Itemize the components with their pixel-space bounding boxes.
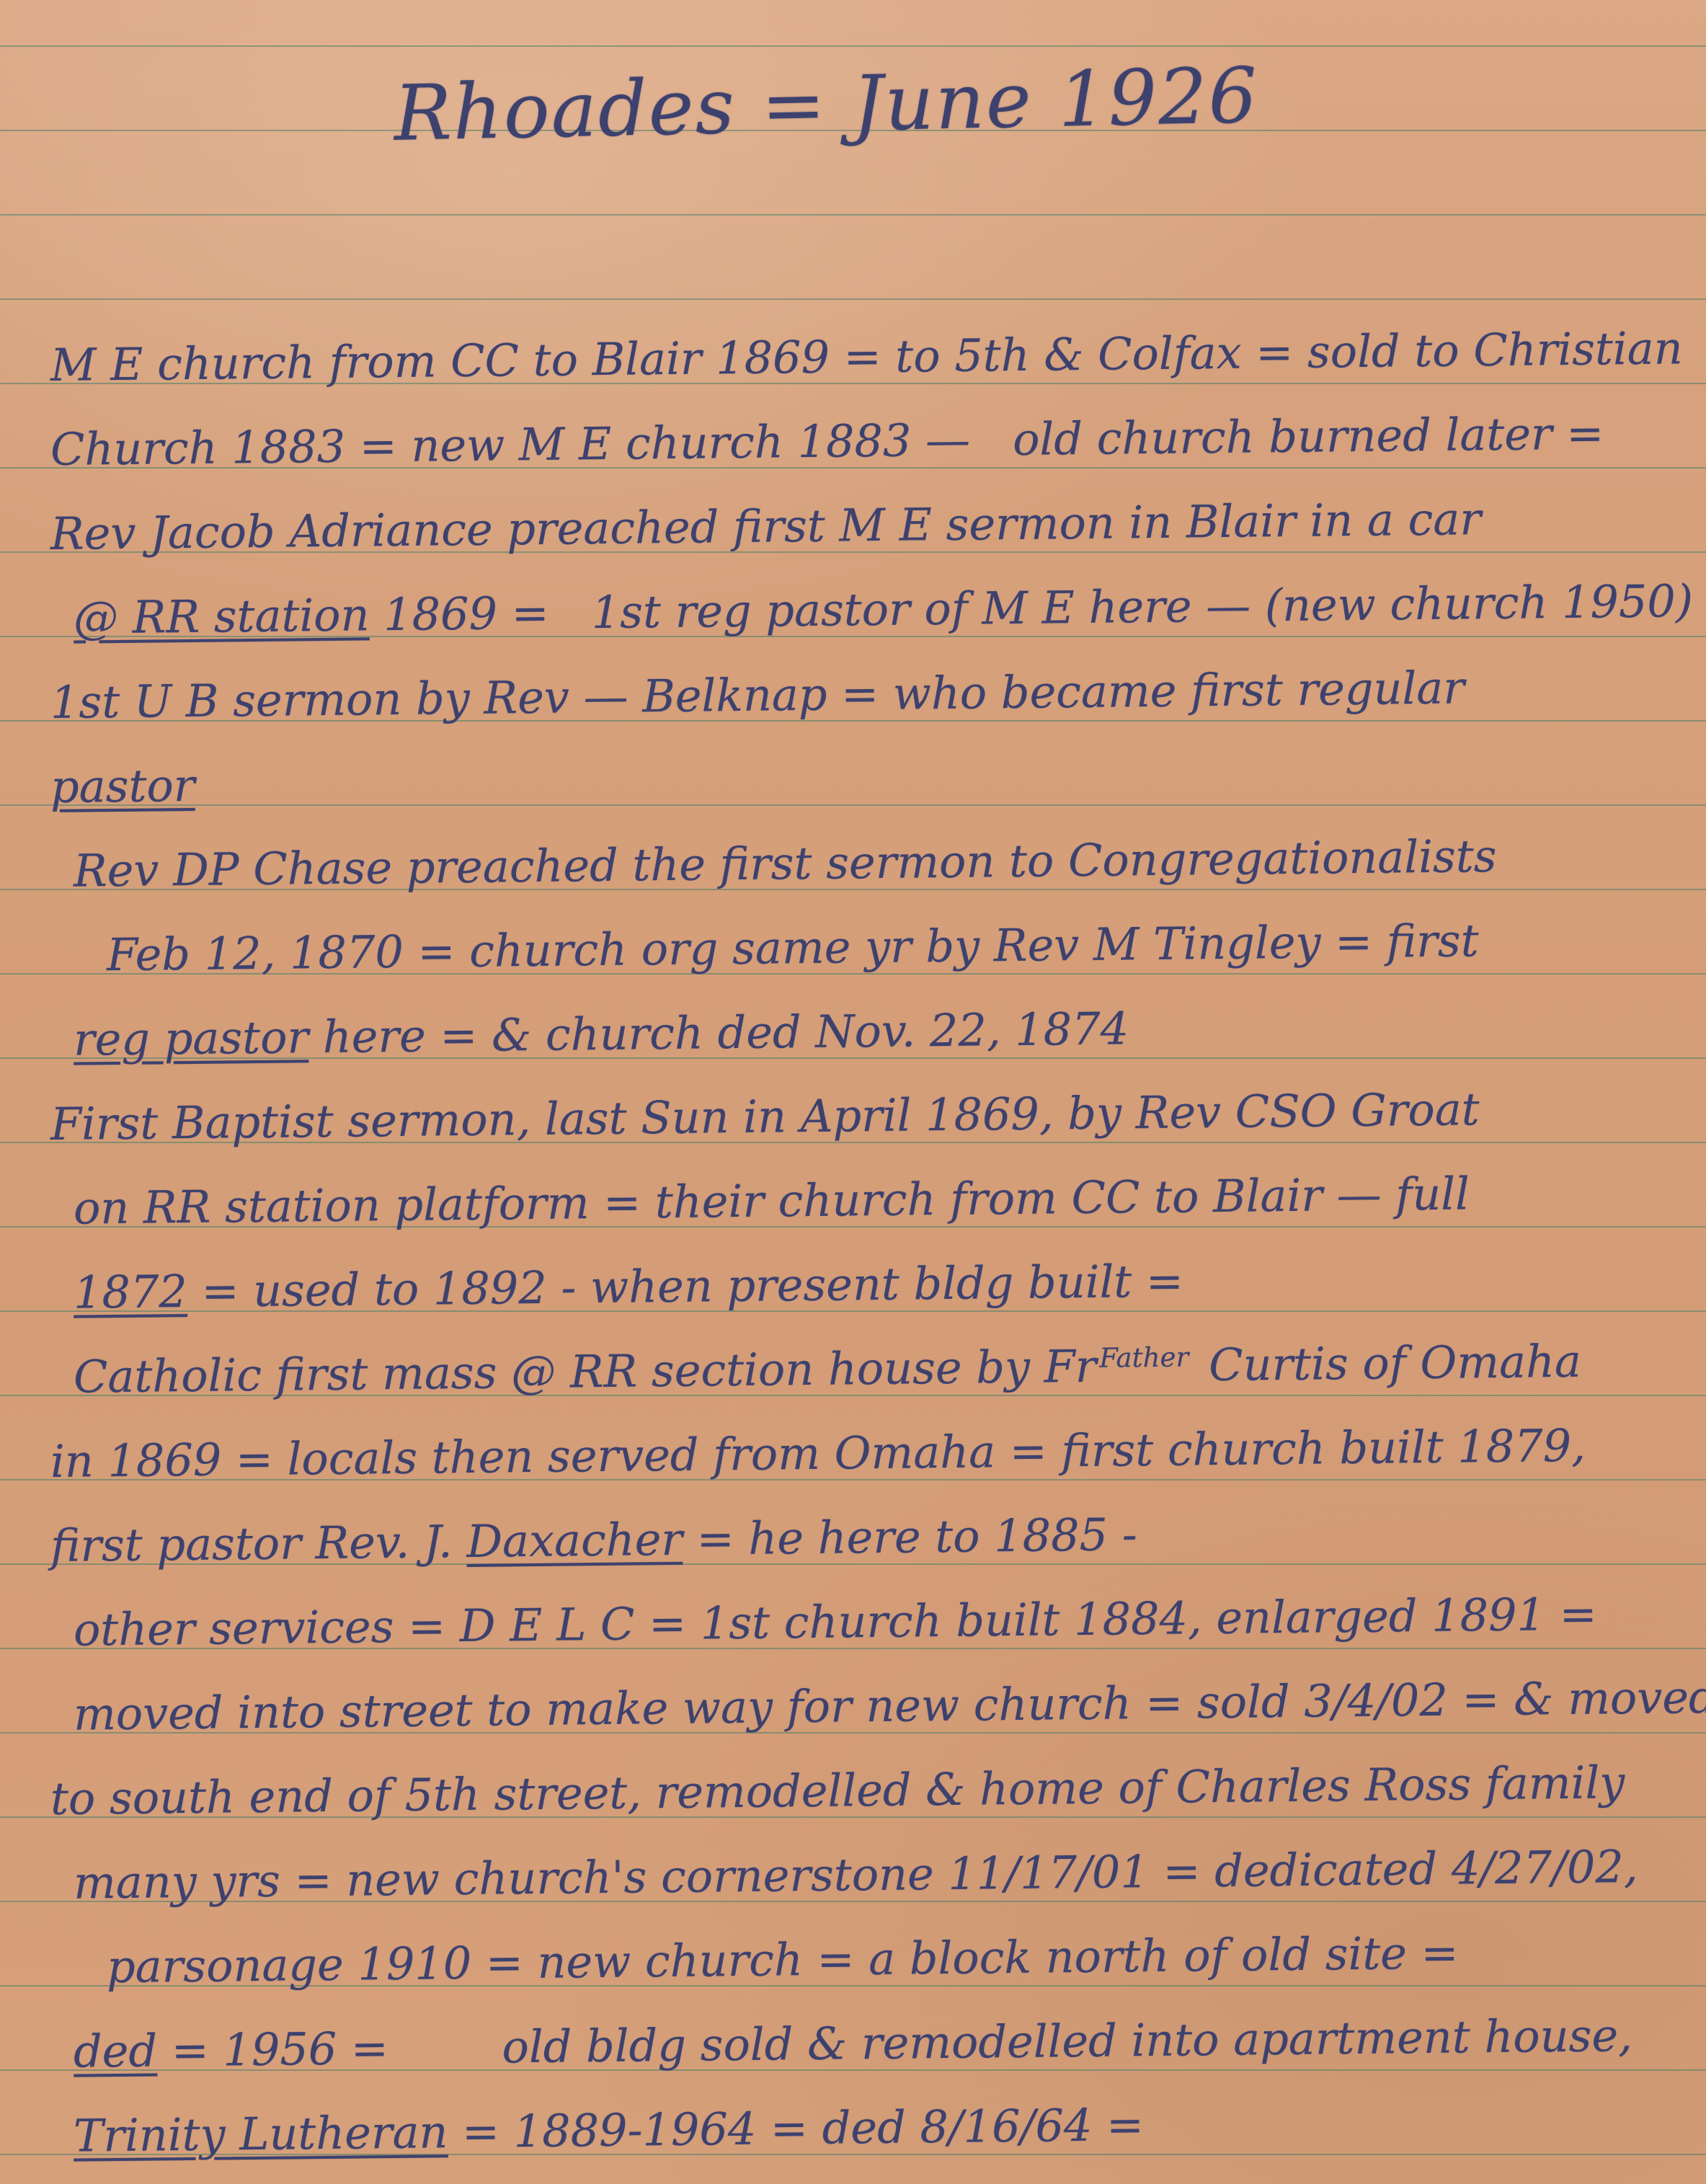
inserted-word: Father xyxy=(1099,1357,1189,1357)
notebook-page: Rhoades = June 1926 M E church from CC t… xyxy=(0,0,1706,2184)
handwritten-line: Trinity Lutheran = 1889-1964 = ded 8/16/… xyxy=(50,2077,1694,2178)
page-title: Rhoades = June 1926 xyxy=(393,51,1259,158)
document-lines: M E church from CC to Blair 1869 = to 5t… xyxy=(50,323,1694,2178)
